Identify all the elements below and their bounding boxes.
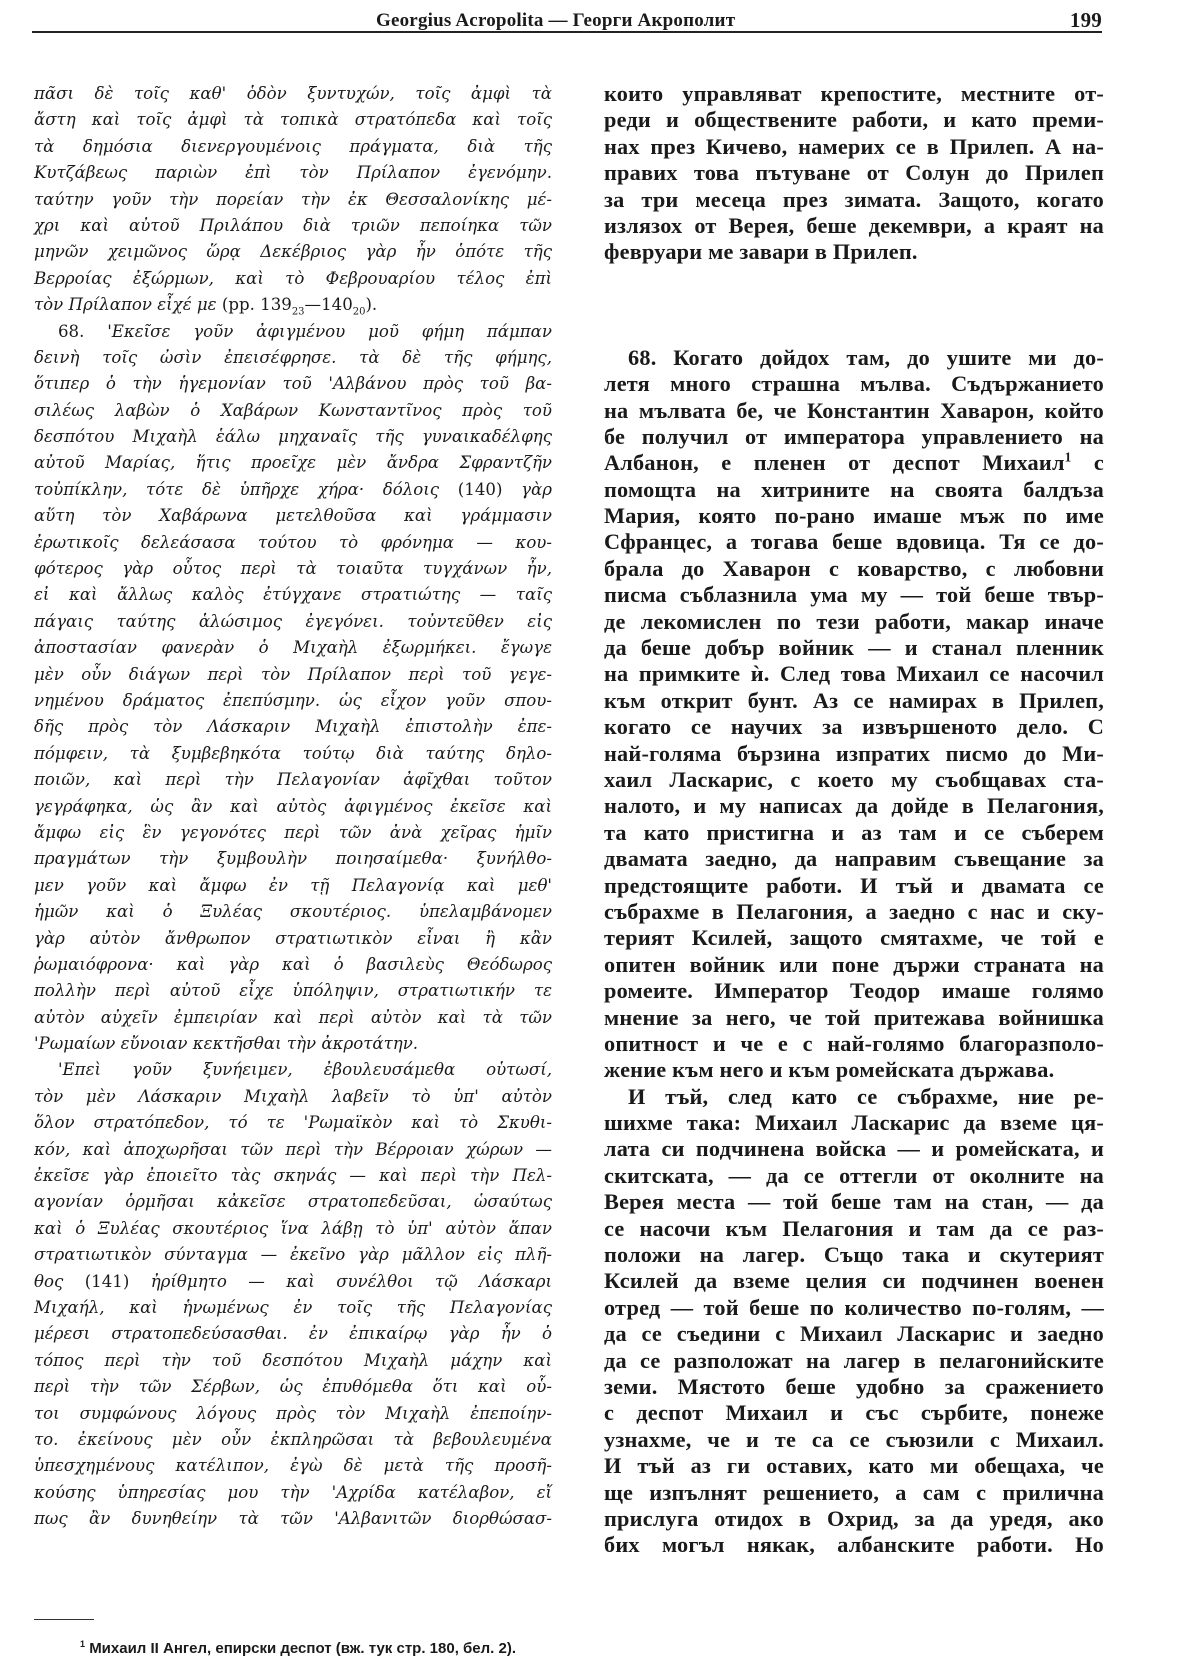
bulgarian-paragraph-68-start: 68. Когато дойдох там, до ушите ми до- bbox=[604, 345, 1104, 371]
greek-line: πραγμάτων τὴν ξυμβουλὴν ποιησαίμεθα· ξυν… bbox=[34, 846, 552, 872]
bulgarian-line: летя много страшна мълва. Съдържанието bbox=[604, 371, 1104, 397]
running-head-title: Georgius Acropolita — Георги Акрополит bbox=[376, 10, 735, 32]
greek-line-page-reference: τὸν Πρίλαπον εἶχέ με (pp. 13923—14020). bbox=[34, 292, 552, 318]
bulgarian-line: на примките ѝ. След това Михаил се насоч… bbox=[604, 661, 1104, 687]
bulgarian-line: та като пристигна и аз там и се съберем bbox=[604, 820, 1104, 846]
greek-line: δῆς πρὸς τὸν Λάσκαριν Μιχαὴλ ἐπιστολὴν ἐ… bbox=[34, 714, 552, 740]
greek-paragraph-68-start: 68. 'Εκεῖσε γοῦν ἀφιγμένου μοῦ φήμη πάμπ… bbox=[34, 319, 552, 345]
greek-line: μηνῶν χειμῶνος ὥρᾳ Δεκέβριος γὰρ ἦν ὁπότ… bbox=[34, 239, 552, 265]
bulgarian-paragraph-2-start: И тъй, след като се събрахме, ние ре- bbox=[604, 1084, 1104, 1110]
bulgarian-line: скитската, — да се оттегли от околните н… bbox=[604, 1163, 1104, 1189]
greek-line: ἄστη καὶ τοῖς ἀμφὶ τὰ τοπικὰ στρατόπεδα … bbox=[34, 107, 552, 133]
greek-line: σιλέως λαβὼν ὁ Χαβάρων Κωνσταντῖνος πρὸς… bbox=[34, 398, 552, 424]
bulgarian-line: мнение за него, че той притежава войнишк… bbox=[604, 1005, 1104, 1031]
footnote-reference[interactable]: 1 bbox=[1065, 450, 1072, 465]
header-rule bbox=[32, 31, 1102, 33]
greek-line: ὅλον στρατόπεδον, τό τε 'Ρωμαϊκὸν καὶ τὸ… bbox=[34, 1110, 552, 1136]
greek-line: ὅτιπερ ὁ τὴν ἡγεμονίαν τοῦ 'Αλβάνου πρὸς… bbox=[34, 371, 552, 397]
greek-line: 'Ρωμαίων εὔνοιαν κεκτῆσθαι τὴν ἀκροτάτην… bbox=[34, 1031, 552, 1057]
greek-line: Βερροίας ἐξώρμων, καὶ τὸ Φεβρουαρίου τέλ… bbox=[34, 266, 552, 292]
greek-line: ὑπεσχημένους κατέλιπον, ἐγὼ δὲ μετὰ τῆς … bbox=[34, 1453, 552, 1479]
greek-line: γεγράφηκα, ὡς ἂν καὶ αὐτὸς ἀφιγμένος ἐκε… bbox=[34, 794, 552, 820]
bulgarian-line: де лекомислен по тези работи, макар инач… bbox=[604, 609, 1104, 635]
bulgarian-line: Верея места — той беше там на стан, — да bbox=[604, 1189, 1104, 1215]
greek-line: αὐτὸν αὐχεῖν ἐμπειρίαν καὶ περὶ αὐτὸν κα… bbox=[34, 1005, 552, 1031]
greek-line-with-page-marker: θος (141) ἠρίθμητο — καὶ συνέλθοι τῷ Λάσ… bbox=[34, 1269, 552, 1295]
bulgarian-line: реди и обществените работи, и като преми… bbox=[604, 107, 1104, 133]
bulgarian-line: да се съедини с Михаил Ласкарис и заедно bbox=[604, 1321, 1104, 1347]
greek-line: πολλὴν περὶ αὐτοῦ εἶχε ὑπόληψιν, στρατιω… bbox=[34, 978, 552, 1004]
bulgarian-line: положи на лагер. Също така и скутерият bbox=[604, 1242, 1104, 1268]
bulgarian-line: терият Ксилей, защото смятахме, че той е bbox=[604, 925, 1104, 951]
bulgarian-line: брала до Хаварон с коварство, с любовни bbox=[604, 556, 1104, 582]
greek-line: ἄμφω εἰς ἓν γεγονότες περὶ τῶν ἀνὰ χεῖρα… bbox=[34, 820, 552, 846]
bulgarian-line: да се разположат на лагер в пелагонийски… bbox=[604, 1348, 1104, 1374]
greek-line: το. ἐκείνους μὲν οὖν ἐκπληρῶσαι τὰ βεβου… bbox=[34, 1427, 552, 1453]
greek-line: τόπος περὶ τὴν τοῦ δεσπότου Μιχαὴλ μάχην… bbox=[34, 1348, 552, 1374]
greek-text-column: πᾶσι δὲ τοῖς καθ' ὁδὸν ξυντυχών, τοῖς ἀμ… bbox=[34, 81, 552, 1532]
bulgarian-line: помощта на хитрините на своята балдъза bbox=[604, 477, 1104, 503]
bulgarian-line: отред — той беше по количество по-голям,… bbox=[604, 1295, 1104, 1321]
bulgarian-line: ромеите. Император Теодор имаше голямо bbox=[604, 978, 1104, 1004]
column-gap bbox=[604, 266, 1104, 345]
book-page: Georgius Acropolita — Георги Акрополит 1… bbox=[0, 0, 1200, 1677]
bulgarian-line: когато се научих за извършеното дело. С bbox=[604, 714, 1104, 740]
bulgarian-line: хаил Ласкарис, с което му съобщавах ста- bbox=[604, 767, 1104, 793]
bulgarian-line: писма съблазнила ума му — той беше твър- bbox=[604, 582, 1104, 608]
greek-line: καὶ ὁ Ξυλέας σκουτέριος ἵνα λάβῃ τὸ ὑπ' … bbox=[34, 1216, 552, 1242]
greek-line: ἀποστασίαν φανερὰν ὁ Μιχαὴλ ἐξωρμήκει. ἔ… bbox=[34, 635, 552, 661]
bulgarian-line-with-footnote-ref: Албанон, е пленен от деспот Михаил1 с bbox=[604, 450, 1104, 476]
greek-line: φότερος γὰρ οὗτος περὶ τὰ τοιαῦτα τυγχάν… bbox=[34, 556, 552, 582]
bulgarian-line: бих могъл някак, албанските работи. Но bbox=[604, 1532, 1104, 1558]
greek-line: κούσης ὑπηρεσίας μου τὴν 'Αχρίδα κατέλαβ… bbox=[34, 1480, 552, 1506]
bulgarian-line: събрахме в Пелагония, а заедно с нас и с… bbox=[604, 899, 1104, 925]
bulgarian-line: излязох от Верея, беше декември, а краят… bbox=[604, 213, 1104, 239]
greek-paragraph-2-start: 'Επεὶ γοῦν ξυνήειμεν, ἐβουλευσάμεθα οὑτω… bbox=[34, 1057, 552, 1083]
greek-line: τὰ δημόσια διενεργουμένοις πράγματα, διὰ… bbox=[34, 134, 552, 160]
bulgarian-text-column: които управляват крепостите, местните от… bbox=[604, 81, 1104, 1559]
page-reference: (pp. 13923—14020). bbox=[222, 295, 377, 314]
greek-line: μεν γοῦν καὶ ἄμφω ἐν τῇ Πελαγονίᾳ καὶ με… bbox=[34, 873, 552, 899]
greek-line: πόμφειν, τὰ ξυμβεβηκότα τούτῳ διὰ ταύτης… bbox=[34, 741, 552, 767]
bulgarian-line: правих това пътуване от Солун до Прилеп bbox=[604, 160, 1104, 186]
greek-line: Κυτζάβεως παριὼν ἐπὶ τὸν Πρίλαπον ἐγενόμ… bbox=[34, 160, 552, 186]
page-marker-140: (140) bbox=[458, 480, 503, 499]
bulgarian-line: се насочи към Пелагония и там да се раз- bbox=[604, 1216, 1104, 1242]
bulgarian-line: ще изпълнят решението, а сам с прилична bbox=[604, 1480, 1104, 1506]
footnote-mark: 1 bbox=[80, 1639, 85, 1649]
greek-line: αὕτη τὸν Χαβάρωνα μετελθοῦσα καὶ γράμμασ… bbox=[34, 503, 552, 529]
bulgarian-line: опитен войник или поне държи страната на bbox=[604, 952, 1104, 978]
greek-line: δεσπότου Μιχαὴλ ἑάλω μηχαναῖς τῆς γυναικ… bbox=[34, 424, 552, 450]
greek-line: μέρεσι στρατοπεδεύσασθαι. ἐν ἐπικαίρῳ γὰ… bbox=[34, 1321, 552, 1347]
bulgarian-line: да беше добър войник — и станал пленник bbox=[604, 635, 1104, 661]
bulgarian-line: И тъй аз ги оставих, като ми обещаха, че bbox=[604, 1453, 1104, 1479]
greek-line: ῥωμαιόφρονα· καὶ γὰρ καὶ ὁ βασιλεὺς Θεόδ… bbox=[34, 952, 552, 978]
footnote: 1 Михаил II Ангел, епирски деспот (вж. т… bbox=[80, 1640, 516, 1657]
bulgarian-line: нах през Кичево, намерих се в Прилеп. А … bbox=[604, 134, 1104, 160]
bulgarian-line: които управляват крепостите, местните от… bbox=[604, 81, 1104, 107]
bulgarian-line: жение към него и към ромейската държава. bbox=[604, 1057, 1104, 1083]
greek-line: κόν, καὶ ἀποχωρῆσαι τῶν περὶ τὴν Βέρροια… bbox=[34, 1137, 552, 1163]
greek-line: ἐρωτικοῖς δελεάσασα τούτου τὸ φρόνημα — … bbox=[34, 530, 552, 556]
bulgarian-line: бе получил от императора управлението на bbox=[604, 424, 1104, 450]
footnote-rule bbox=[34, 1619, 94, 1620]
greek-line: περὶ τὴν τῶν Σέρβων, ὡς ἐπυθόμεθα ὅτι κα… bbox=[34, 1374, 552, 1400]
bulgarian-line: прислуга отидох в Охрид, за да уредя, ак… bbox=[604, 1506, 1104, 1532]
bulgarian-line: опитност и че е с най-голямо благоразпол… bbox=[604, 1031, 1104, 1057]
greek-line: αγονίαν ὁρμῆσαι κἀκεῖσε στρατοπεδεῦσαι, … bbox=[34, 1189, 552, 1215]
bulgarian-line: узнахме, че и те са се съюзили с Михаил. bbox=[604, 1427, 1104, 1453]
bulgarian-line: земи. Мястото беше удобно за сражението bbox=[604, 1374, 1104, 1400]
greek-line: μὲν οὖν διάγων περὶ τὸν Πρίλαπον περὶ το… bbox=[34, 662, 552, 688]
greek-line: πᾶσι δὲ τοῖς καθ' ὁδὸν ξυντυχών, τοῖς ἀμ… bbox=[34, 81, 552, 107]
bulgarian-line: двамата заедно, да направим съвещание за bbox=[604, 846, 1104, 872]
bulgarian-line: февруари ме завари в Прилеп. bbox=[604, 239, 1104, 265]
bulgarian-line: на мълвата бе, че Константин Хаварон, ко… bbox=[604, 398, 1104, 424]
page-number: 199 bbox=[1070, 8, 1102, 33]
greek-line: νημένου δράματος ἐπεπύσμην. ὡς εἶχον γοῦ… bbox=[34, 688, 552, 714]
bulgarian-line: най-голяма бързина изпратих писмо до Ми- bbox=[604, 741, 1104, 767]
greek-line: πάγαις ταύτης ἁλώσιμος ἐγεγόνει. τοὐντεῦ… bbox=[34, 609, 552, 635]
bulgarian-line: с деспот Михаил и със сърбите, понеже bbox=[604, 1400, 1104, 1426]
bulgarian-line: Мария, която по-рано имаше мъж по име bbox=[604, 503, 1104, 529]
bulgarian-line: предстоящите работи. И тъй и двамата се bbox=[604, 873, 1104, 899]
greek-line: αὐτοῦ Μαρίας, ἥτις προεῖχε μὲν ἄνδρα Σφρ… bbox=[34, 450, 552, 476]
greek-line: στρατιωτικὸν σύνταγμα — ἐκεῖνο γὰρ μᾶλλο… bbox=[34, 1242, 552, 1268]
greek-line: Μιχαήλ, καὶ ἡνωμένως ἐν τοῖς τῆς Πελαγον… bbox=[34, 1295, 552, 1321]
greek-line: τοι συμφώνους λόγους πρὸς τὸν Μιχαὴλ ἐπε… bbox=[34, 1401, 552, 1427]
greek-line: ἡμῶν καὶ ὁ Ξυλέας σκουτέριος. ὑπελαμβάνο… bbox=[34, 899, 552, 925]
greek-line-with-page-marker: τοὐπίκλην, τότε δὲ ὑπῆρχε χήρα· δόλοις (… bbox=[34, 477, 552, 503]
bulgarian-line: Сфранцес, а тогава беше вдовица. Тя се д… bbox=[604, 529, 1104, 555]
greek-line: ποιῶν, καὶ περὶ τὴν Πελαγονίαν ἀφῖχθαι τ… bbox=[34, 767, 552, 793]
greek-line: ἐκεῖσε γὰρ ἐποιεῖτο τὰς σκηνάς — καὶ περ… bbox=[34, 1163, 552, 1189]
greek-line: πως ἂν δυνηθείην τὰ τῶν 'Αλβανιτῶν διορθ… bbox=[34, 1506, 552, 1532]
footnote-text: Михаил II Ангел, епирски деспот (вж. тук… bbox=[89, 1640, 516, 1657]
greek-line: εἰ καὶ ἄλλως καλὸς ἐτύγχανε στρατιώτης —… bbox=[34, 582, 552, 608]
bulgarian-line: шихме така: Михаил Ласкарис да вземе ця- bbox=[604, 1110, 1104, 1136]
greek-line: χρι καὶ αὐτοῦ Πριλάπου διὰ τριῶν πεποίηκ… bbox=[34, 213, 552, 239]
bulgarian-line: за три месеца през зимата. Защото, когат… bbox=[604, 187, 1104, 213]
greek-line: ταύτην γοῦν τὴν πορείαν τὴν ἐκ Θεσσαλονί… bbox=[34, 187, 552, 213]
greek-line: δεινὴ τοῖς ὠσὶν ἐπεισέφρησε. τὰ δὲ τῆς φ… bbox=[34, 345, 552, 371]
bulgarian-line: Ксилей да вземе целия си подчинен военен bbox=[604, 1268, 1104, 1294]
page-marker-141: (141) bbox=[85, 1272, 130, 1291]
paragraph-number: 68. bbox=[58, 322, 84, 341]
bulgarian-line: към открит бунт. Аз се намирах в Прилеп, bbox=[604, 688, 1104, 714]
greek-line: γὰρ αὐτὸν ἄνθρωπον στρατιωτικὸν εἶναι ἢ … bbox=[34, 926, 552, 952]
greek-line: τὸν μὲν Λάσκαριν Μιχαὴλ λαβεῖν τὸ ὑπ' αὐ… bbox=[34, 1084, 552, 1110]
bulgarian-line: налото, и му написах да дойде в Пелагони… bbox=[604, 793, 1104, 819]
bulgarian-line: лата си подчинена войска — и ромейската,… bbox=[604, 1136, 1104, 1162]
